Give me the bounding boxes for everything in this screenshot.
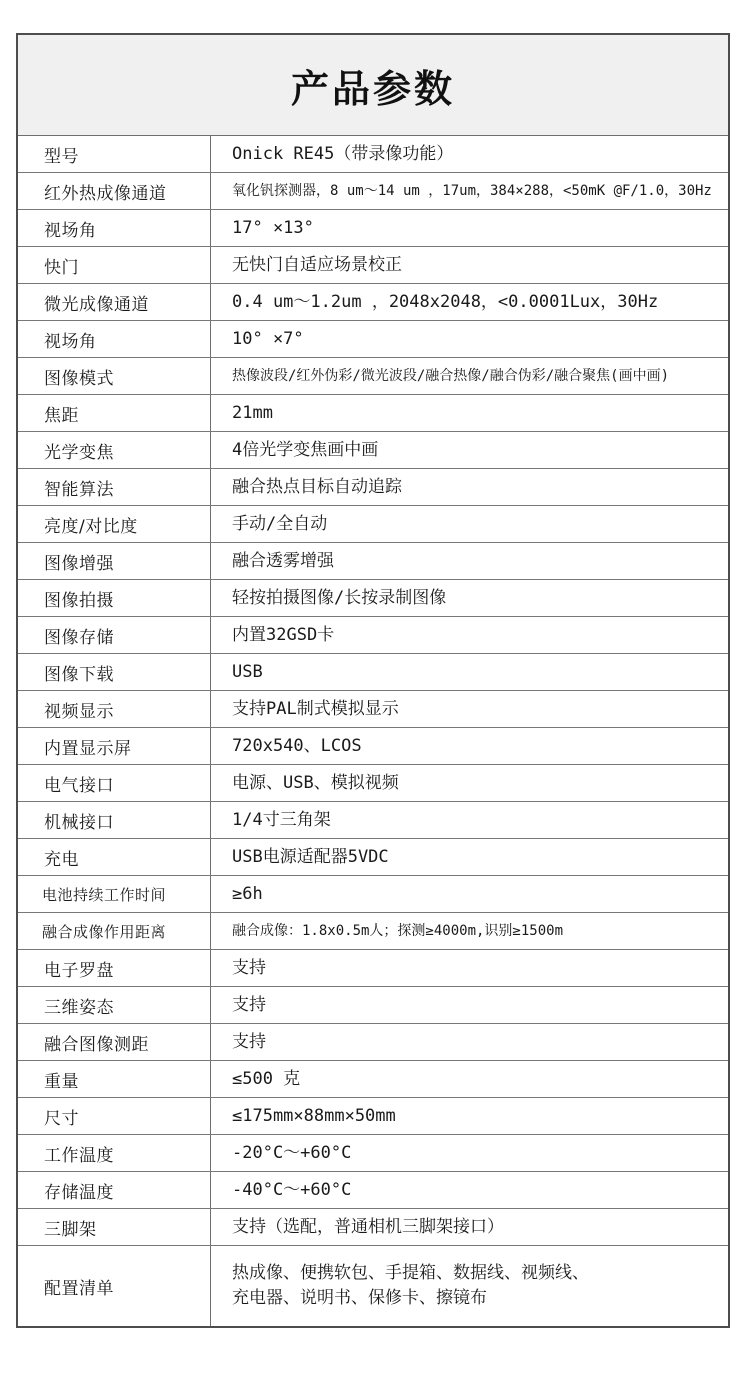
spec-value: -40°C～+60°C bbox=[211, 1172, 728, 1208]
spec-label: 图像拍摄 bbox=[18, 580, 211, 616]
spec-value: 支持PAL制式模拟显示 bbox=[211, 691, 728, 727]
table-row: 电子罗盘 支持 bbox=[18, 950, 728, 987]
spec-label: 亮度/对比度 bbox=[18, 506, 211, 542]
spec-label: 图像增强 bbox=[18, 543, 211, 579]
spec-label: 重量 bbox=[18, 1061, 211, 1097]
spec-label: 光学变焦 bbox=[18, 432, 211, 468]
spec-label: 视频显示 bbox=[18, 691, 211, 727]
spec-value: USB bbox=[211, 654, 728, 690]
spec-label: 图像模式 bbox=[18, 358, 211, 394]
spec-value: 支持 bbox=[211, 987, 728, 1023]
table-row: 电池持续工作时间 ≥6h bbox=[18, 876, 728, 913]
table-row: 亮度/对比度 手动/全自动 bbox=[18, 506, 728, 543]
spec-value: 内置32GSD卡 bbox=[211, 617, 728, 653]
table-row: 电气接口 电源、USB、模拟视频 bbox=[18, 765, 728, 802]
spec-value: 4倍光学变焦画中画 bbox=[211, 432, 728, 468]
table-row: 图像存储 内置32GSD卡 bbox=[18, 617, 728, 654]
spec-value: 无快门自适应场景校正 bbox=[211, 247, 728, 283]
spec-label: 型号 bbox=[18, 136, 211, 172]
table-row: 尺寸 ≤175mm×88mm×50mm bbox=[18, 1098, 728, 1135]
spec-value: 支持 bbox=[211, 950, 728, 986]
table-row: 融合成像作用距离 融合成像：1.8x0.5m人；探测≥4000m,识别≥1500… bbox=[18, 913, 728, 950]
table-row: 微光成像通道 0.4 um～1.2um ，2048x2048，<0.0001Lu… bbox=[18, 284, 728, 321]
table-row: 配置清单 热成像、便携软包、手提箱、数据线、视频线、 充电器、说明书、保修卡、擦… bbox=[18, 1246, 728, 1326]
spec-rows: 型号 Onick RE45（带录像功能） 红外热成像通道 氧化钒探测器，8 um… bbox=[18, 136, 728, 1326]
spec-label: 视场角 bbox=[18, 321, 211, 357]
table-row: 机械接口 1/4寸三角架 bbox=[18, 802, 728, 839]
table-row: 图像增强 融合透雾增强 bbox=[18, 543, 728, 580]
table-row: 焦距 21mm bbox=[18, 395, 728, 432]
spec-label: 电池持续工作时间 bbox=[18, 876, 211, 912]
spec-label: 电气接口 bbox=[18, 765, 211, 801]
spec-label: 机械接口 bbox=[18, 802, 211, 838]
spec-value: 720x540、LCOS bbox=[211, 728, 728, 764]
table-row: 光学变焦 4倍光学变焦画中画 bbox=[18, 432, 728, 469]
spec-label: 融合成像作用距离 bbox=[18, 913, 211, 949]
spec-label: 焦距 bbox=[18, 395, 211, 431]
spec-label: 融合图像测距 bbox=[18, 1024, 211, 1060]
spec-label: 尺寸 bbox=[18, 1098, 211, 1134]
table-row: 快门 无快门自适应场景校正 bbox=[18, 247, 728, 284]
spec-label: 电子罗盘 bbox=[18, 950, 211, 986]
table-row: 工作温度 -20°C～+60°C bbox=[18, 1135, 728, 1172]
spec-value: ≥6h bbox=[211, 876, 728, 912]
spec-value: 热像波段/红外伪彩/微光波段/融合热像/融合伪彩/融合聚焦(画中画) bbox=[211, 358, 728, 394]
spec-value: ≤500 克 bbox=[211, 1061, 728, 1097]
table-row: 图像下载 USB bbox=[18, 654, 728, 691]
product-spec-page: 产品参数 型号 Onick RE45（带录像功能） 红外热成像通道 氧化钒探测器… bbox=[0, 0, 750, 1376]
table-row: 型号 Onick RE45（带录像功能） bbox=[18, 136, 728, 173]
spec-value: 21mm bbox=[211, 395, 728, 431]
spec-value: 1/4寸三角架 bbox=[211, 802, 728, 838]
spec-label: 配置清单 bbox=[18, 1246, 211, 1326]
spec-label: 三维姿态 bbox=[18, 987, 211, 1023]
table-row: 三维姿态 支持 bbox=[18, 987, 728, 1024]
spec-value: 支持 bbox=[211, 1024, 728, 1060]
spec-label: 快门 bbox=[18, 247, 211, 283]
spec-label: 微光成像通道 bbox=[18, 284, 211, 320]
spec-label: 视场角 bbox=[18, 210, 211, 246]
spec-value: USB电源适配器5VDC bbox=[211, 839, 728, 875]
spec-value: 0.4 um～1.2um ，2048x2048，<0.0001Lux，30Hz bbox=[211, 284, 728, 320]
spec-value: 10° ×7° bbox=[211, 321, 728, 357]
table-row: 视频显示 支持PAL制式模拟显示 bbox=[18, 691, 728, 728]
spec-value: 氧化钒探测器，8 um～14 um ，17um，384×288，<50mK @F… bbox=[211, 173, 728, 209]
table-row: 重量 ≤500 克 bbox=[18, 1061, 728, 1098]
spec-label: 智能算法 bbox=[18, 469, 211, 505]
spec-value: 轻按拍摄图像/长按录制图像 bbox=[211, 580, 728, 616]
spec-value: Onick RE45（带录像功能） bbox=[211, 136, 728, 172]
spec-label: 图像下载 bbox=[18, 654, 211, 690]
spec-label: 内置显示屏 bbox=[18, 728, 211, 764]
spec-value: 融合成像：1.8x0.5m人；探测≥4000m,识别≥1500m bbox=[211, 913, 728, 949]
spec-table: 产品参数 型号 Onick RE45（带录像功能） 红外热成像通道 氧化钒探测器… bbox=[16, 33, 730, 1328]
table-row: 存储温度 -40°C～+60°C bbox=[18, 1172, 728, 1209]
spec-value: 支持（选配，普通相机三脚架接口） bbox=[211, 1209, 728, 1245]
table-row: 智能算法 融合热点目标自动追踪 bbox=[18, 469, 728, 506]
table-row: 三脚架 支持（选配，普通相机三脚架接口） bbox=[18, 1209, 728, 1246]
spec-value: 热成像、便携软包、手提箱、数据线、视频线、 充电器、说明书、保修卡、擦镜布 bbox=[211, 1246, 728, 1326]
spec-label: 充电 bbox=[18, 839, 211, 875]
table-row: 视场角 10° ×7° bbox=[18, 321, 728, 358]
table-row: 充电 USB电源适配器5VDC bbox=[18, 839, 728, 876]
spec-value: 电源、USB、模拟视频 bbox=[211, 765, 728, 801]
spec-table-header: 产品参数 bbox=[18, 35, 728, 136]
spec-value: 手动/全自动 bbox=[211, 506, 728, 542]
table-row: 红外热成像通道 氧化钒探测器，8 um～14 um ，17um，384×288，… bbox=[18, 173, 728, 210]
table-row: 内置显示屏 720x540、LCOS bbox=[18, 728, 728, 765]
page-title: 产品参数 bbox=[291, 58, 455, 113]
spec-value: 17° ×13° bbox=[211, 210, 728, 246]
spec-label: 图像存储 bbox=[18, 617, 211, 653]
spec-value: 融合热点目标自动追踪 bbox=[211, 469, 728, 505]
spec-label: 工作温度 bbox=[18, 1135, 211, 1171]
spec-value: 融合透雾增强 bbox=[211, 543, 728, 579]
spec-value: -20°C～+60°C bbox=[211, 1135, 728, 1171]
spec-label: 红外热成像通道 bbox=[18, 173, 211, 209]
table-row: 融合图像测距 支持 bbox=[18, 1024, 728, 1061]
table-row: 图像模式 热像波段/红外伪彩/微光波段/融合热像/融合伪彩/融合聚焦(画中画) bbox=[18, 358, 728, 395]
spec-label: 存储温度 bbox=[18, 1172, 211, 1208]
spec-label: 三脚架 bbox=[18, 1209, 211, 1245]
table-row: 图像拍摄 轻按拍摄图像/长按录制图像 bbox=[18, 580, 728, 617]
spec-value: ≤175mm×88mm×50mm bbox=[211, 1098, 728, 1134]
table-row: 视场角 17° ×13° bbox=[18, 210, 728, 247]
